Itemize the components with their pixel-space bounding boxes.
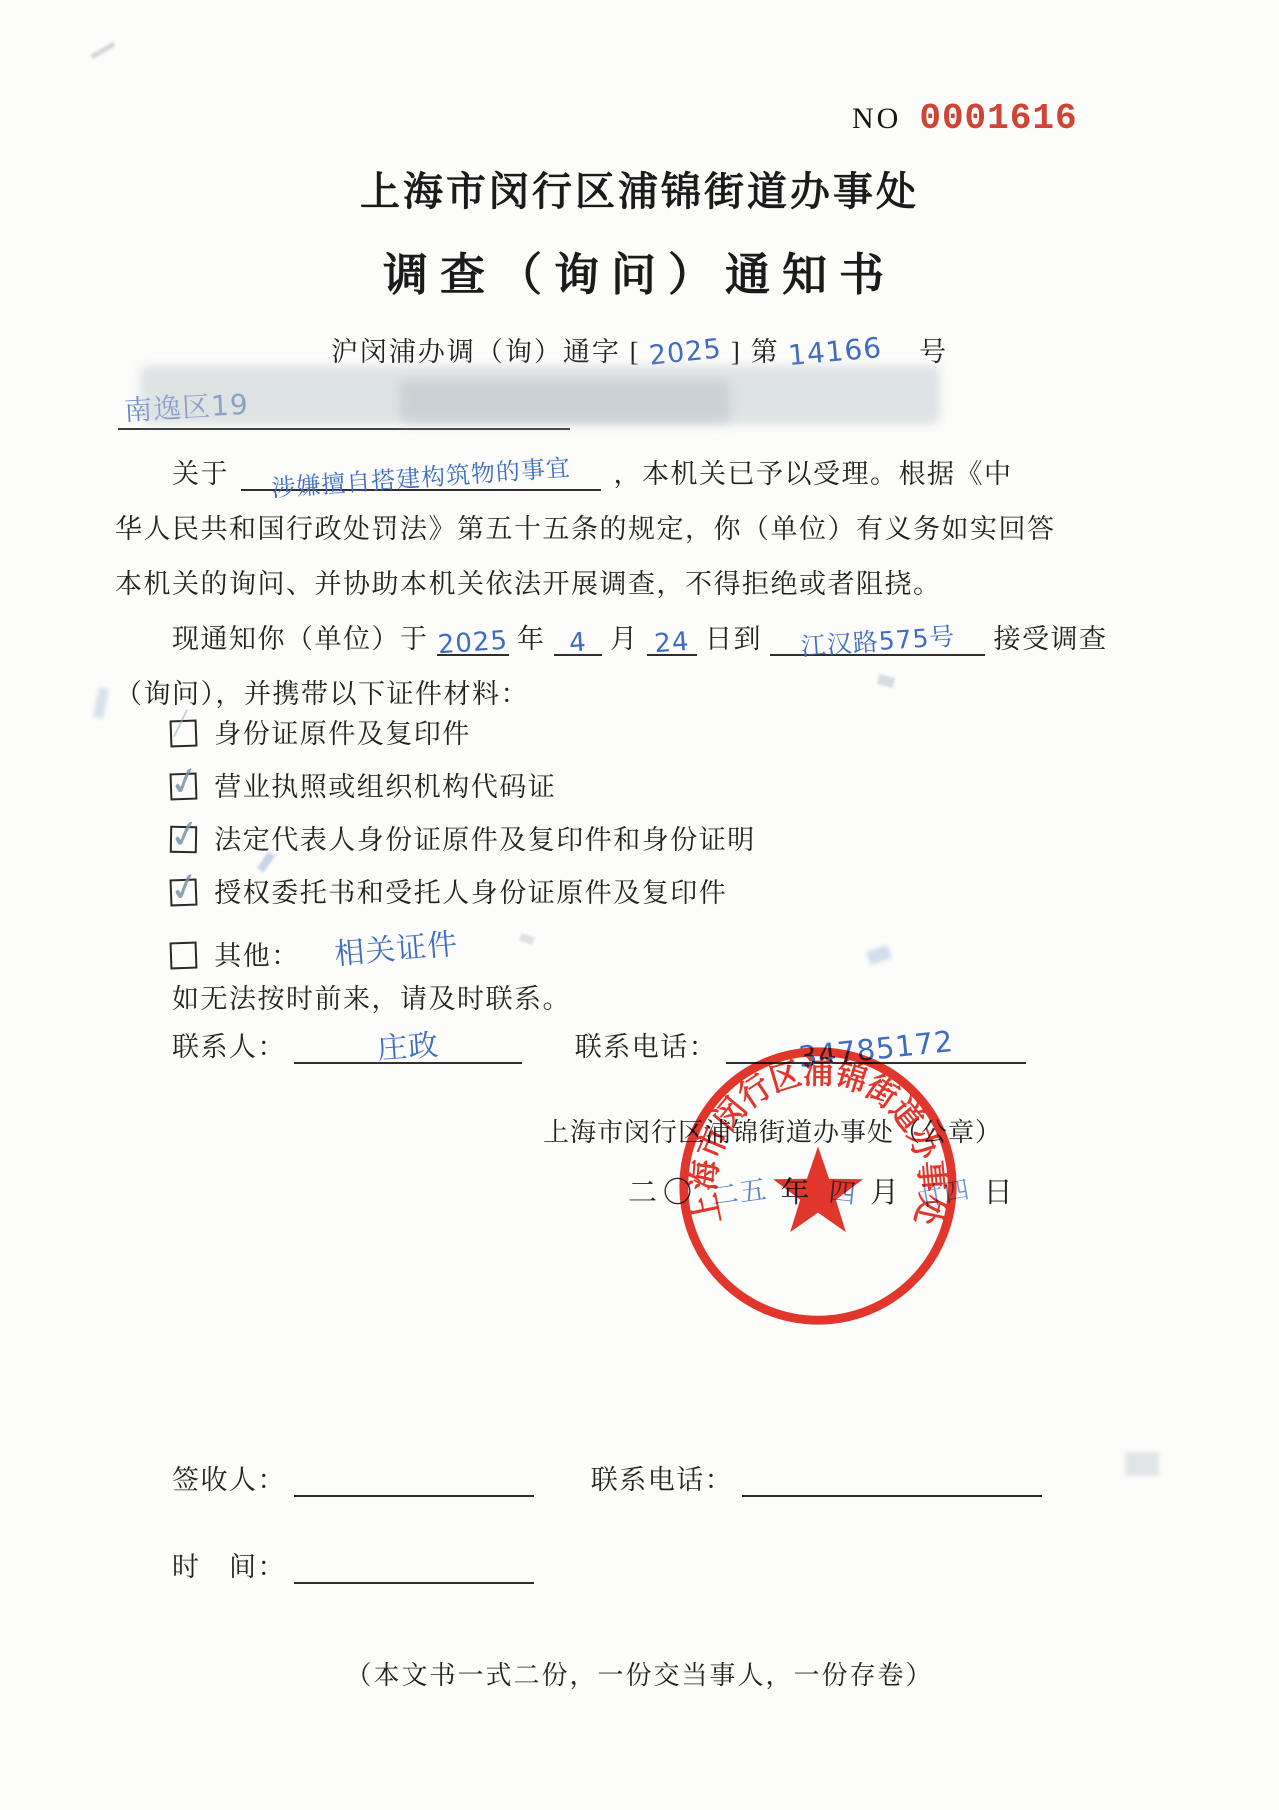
seal-star-icon bbox=[773, 1147, 863, 1233]
para1-after-blank: ，本机关已予以受理。根据《中 bbox=[614, 459, 1013, 489]
date-day-label: 日 bbox=[984, 1177, 1019, 1209]
subject-handwriting: 涉嫌擅自搭建构筑物的事宜 bbox=[270, 448, 572, 504]
checklist-item-id-card: ✓ 身份证原件及复印件 bbox=[170, 712, 471, 751]
contact-person-label: 联系人： bbox=[172, 1032, 286, 1062]
day-handwriting: 24 bbox=[653, 627, 690, 659]
ref-open-bracket: [ bbox=[630, 337, 641, 367]
checklist-label: 营业执照或组织机构代码证 bbox=[214, 772, 556, 802]
time-blank bbox=[294, 1550, 534, 1584]
redacted-address-line: 南逸区19 bbox=[118, 388, 570, 430]
checklist-label: 其他： bbox=[214, 941, 300, 971]
ref-close-bracket: ] bbox=[731, 337, 742, 367]
receipt-sign-label: 签收人： bbox=[172, 1465, 286, 1495]
check-mark-icon: ✓ bbox=[165, 809, 206, 859]
time-label: 时 间： bbox=[172, 1552, 286, 1582]
receipt-line: 签收人： 联系电话： bbox=[172, 1458, 1042, 1497]
month-blank: 4 bbox=[554, 622, 602, 656]
time-line: 时 间： bbox=[172, 1545, 534, 1584]
scan-stain bbox=[519, 933, 535, 945]
place-blank: 江汉路575号 bbox=[770, 622, 985, 656]
receipt-phone-blank bbox=[742, 1463, 1042, 1497]
check-mark-icon: ✓ bbox=[164, 862, 207, 913]
para2-line2: （询问），并携带以下证件材料： bbox=[115, 672, 529, 711]
para2-seg4: 日到 bbox=[705, 624, 762, 654]
checklist-item-business-license: ✓ 营业执照或组织机构代码证 bbox=[170, 765, 556, 804]
document-title: 上海市闵行区浦锦街道办事处 bbox=[0, 160, 1279, 217]
serial-number-label: NO bbox=[852, 102, 901, 135]
reference-number-line: 沪闵浦办调（询）通字 [ 2025 ] 第 14166 号 bbox=[0, 330, 1279, 369]
scan-stain bbox=[877, 674, 895, 688]
para2-line1: 现通知你（单位）于 2025 年 4 月 24 日到 江汉路575号 接受调查 bbox=[172, 617, 1108, 656]
receipt-sign-blank bbox=[294, 1463, 534, 1497]
para2-seg1: 现通知你（单位）于 bbox=[172, 624, 429, 654]
para1-line2: 华人民共和国行政处罚法》第五十五条的规定，你（单位）有义务如实回答 bbox=[115, 507, 1056, 546]
pencil-marks bbox=[1125, 1452, 1159, 1476]
notice-line: 如无法按时前来，请及时联系。 bbox=[172, 977, 571, 1016]
receipt-phone-label: 联系电话： bbox=[591, 1465, 734, 1495]
checklist-item-other: ✓ 其他： 相关证件 bbox=[170, 924, 458, 973]
ref-number-handwriting: 14166 bbox=[787, 331, 884, 372]
contact-person-blank: 庄政 bbox=[294, 1030, 522, 1064]
place-handwriting: 江汉路575号 bbox=[799, 617, 956, 664]
para2-seg5: 接受调查 bbox=[994, 624, 1108, 654]
para2-seg2: 年 bbox=[517, 624, 546, 654]
checklist-item-legal-rep: ✓ 法定代表人身份证原件及复印件和身份证明 bbox=[170, 818, 756, 857]
para1-line1: 关于 涉嫌擅自搭建构筑物的事宜 ，本机关已予以受理。根据《中 bbox=[172, 452, 1013, 491]
para1-line3: 本机关的询问、并协助本机关依法开展调查，不得拒绝或者阻挠。 bbox=[115, 562, 942, 601]
faint-pen-stroke bbox=[173, 709, 188, 737]
scan-stain bbox=[90, 42, 115, 59]
ink-smear bbox=[93, 687, 109, 718]
subject-blank: 涉嫌擅自搭建构筑物的事宜 bbox=[241, 457, 601, 491]
contact-person-handwriting: 庄政 bbox=[376, 1020, 441, 1068]
checkbox-icon: ✓ bbox=[170, 826, 197, 853]
para1-about-label: 关于 bbox=[172, 459, 229, 489]
official-red-seal: 上海市闵行区浦锦街道办事处 bbox=[670, 1038, 966, 1334]
serial-number-block: NO 0001616 bbox=[852, 98, 1078, 139]
ink-smear bbox=[866, 945, 891, 966]
ref-mid: 第 bbox=[751, 337, 780, 367]
checkbox-icon: ✓ bbox=[170, 879, 198, 907]
para2-seg3: 月 bbox=[610, 624, 639, 654]
checklist-label: 授权委托书和受托人身份证原件及复印件 bbox=[214, 878, 727, 908]
checkbox-icon: ✓ bbox=[170, 773, 198, 801]
year-blank: 2025 bbox=[437, 622, 509, 656]
scanned-document-page: NO 0001616 上海市闵行区浦锦街道办事处 调查（询问）通知书 沪闵浦办调… bbox=[0, 0, 1279, 1810]
checkbox-icon: ✓ bbox=[170, 942, 198, 970]
checkbox-icon: ✓ bbox=[170, 720, 198, 748]
ref-prefix: 沪闵浦办调（询）通字 bbox=[331, 337, 621, 367]
footer-note: （本文书一式二份，一份交当事人，一份存卷） bbox=[0, 1655, 1279, 1692]
checklist-label: 身份证原件及复印件 bbox=[214, 719, 471, 749]
check-mark-icon: ✓ bbox=[164, 756, 207, 807]
checklist-item-authorization: ✓ 授权委托书和受托人身份证原件及复印件 bbox=[170, 871, 727, 910]
year-handwriting: 2025 bbox=[437, 626, 509, 661]
serial-number-value: 0001616 bbox=[919, 98, 1077, 139]
document-subtitle: 调查（询问）通知书 bbox=[0, 238, 1279, 303]
ref-year-handwriting: 2025 bbox=[648, 333, 724, 371]
redacted-handwriting: 南逸区19 bbox=[123, 383, 250, 429]
day-blank: 24 bbox=[647, 622, 697, 656]
other-note-handwriting: 相关证件 bbox=[332, 919, 459, 974]
month-handwriting: 4 bbox=[568, 627, 588, 658]
checklist-label: 法定代表人身份证原件及复印件和身份证明 bbox=[214, 825, 756, 855]
ref-suffix: 号 bbox=[919, 337, 948, 367]
